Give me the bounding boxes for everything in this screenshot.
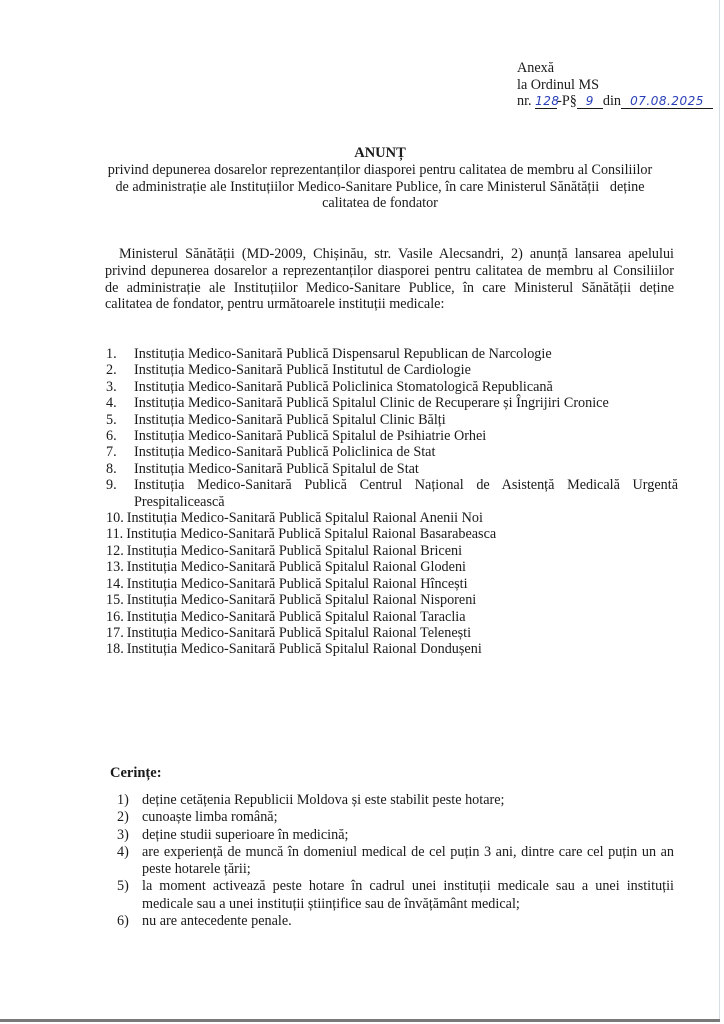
- requirement-item-number: 4): [117, 844, 142, 861]
- document-page: Anexă la Ordinul MS nr. 128-P§9din07.08.…: [0, 0, 724, 1024]
- requirement-item: 3)deține studii superioare în medicină;: [117, 827, 674, 844]
- institution-item-text: Instituția Medico-Sanitară Publică Spita…: [127, 625, 678, 641]
- requirement-item: 5)la moment activează peste hotare în ca…: [117, 878, 674, 913]
- requirements-heading: Cerințe:: [110, 765, 162, 782]
- institution-item-number: 14.: [106, 576, 124, 592]
- institution-item-text: Instituția Medico-Sanitară Publică Spita…: [127, 510, 678, 526]
- institution-item: 7.Instituția Medico-Sanitară Publică Pol…: [106, 444, 678, 460]
- annex-label: Anexă: [517, 60, 713, 77]
- institution-item-number: 16.: [106, 609, 124, 625]
- handwritten-ps-number: 9: [577, 94, 603, 109]
- announcement-subtitle-line-2: de administrație ale Instituțiilor Medic…: [100, 179, 660, 196]
- announcement-subtitle-line-3: calitatea de fondator: [100, 195, 660, 212]
- institution-item-text: Instituția Medico-Sanitară Publică Polic…: [134, 379, 678, 395]
- institution-item: 18.Instituția Medico-Sanitară Publică Sp…: [106, 641, 678, 657]
- institutions-list: 1.Instituția Medico-Sanitară Publică Dis…: [106, 346, 678, 658]
- institution-item-number: 15.: [106, 592, 124, 608]
- institution-item-text: Instituția Medico-Sanitară Publică Spita…: [127, 609, 678, 625]
- institution-item: 15.Instituția Medico-Sanitară Publică Sp…: [106, 592, 678, 608]
- institution-item: 16.Instituția Medico-Sanitară Publică Sp…: [106, 609, 678, 625]
- institution-item-number: 13.: [106, 559, 124, 575]
- nr-prefix: nr.: [517, 93, 532, 109]
- institution-item-number: 10.: [106, 510, 124, 526]
- institution-item-text: Instituția Medico-Sanitară Publică Spita…: [127, 559, 678, 575]
- institution-item: 13.Instituția Medico-Sanitară Publică Sp…: [106, 559, 678, 575]
- institution-item-number: 1.: [106, 346, 134, 362]
- institution-item-number: 5.: [106, 412, 134, 428]
- institution-item: 10.Instituția Medico-Sanitară Publică Sp…: [106, 510, 678, 526]
- institution-item-text: Instituția Medico-Sanitară Publică Insti…: [134, 362, 678, 378]
- institution-item-number: 9.: [106, 477, 134, 493]
- intro-paragraph: Ministerul Sănătății (MD-2009, Chișinău,…: [105, 246, 674, 313]
- requirement-item-number: 2): [117, 809, 142, 826]
- order-number-line: nr. 128-P§9din07.08.2025: [517, 93, 713, 110]
- institution-item: 3.Instituția Medico-Sanitară Publică Pol…: [106, 379, 678, 395]
- scan-right-edge: [719, 0, 720, 1020]
- institution-item-number: 8.: [106, 461, 134, 477]
- institution-item: 9.Instituția Medico-Sanitară Publică Cen…: [106, 477, 678, 510]
- institution-item-number: 2.: [106, 362, 134, 378]
- institution-item: 17.Instituția Medico-Sanitară Publică Sp…: [106, 625, 678, 641]
- institution-item: 11.Instituția Medico-Sanitară Publică Sp…: [106, 526, 678, 542]
- announcement-title: ANUNȚ: [100, 145, 660, 162]
- institution-item-number: 7.: [106, 444, 134, 460]
- din-label: din: [603, 93, 621, 109]
- institution-item-text: Instituția Medico-Sanitară Publică Spita…: [134, 395, 678, 411]
- requirements-list: 1)deține cetățenia Republicii Moldova și…: [117, 792, 674, 930]
- requirement-item: 2)cunoaște limba română;: [117, 809, 674, 826]
- order-label: la Ordinul MS: [517, 77, 713, 94]
- institution-item: 8.Instituția Medico-Sanitară Publică Spi…: [106, 461, 678, 477]
- requirement-item-text: nu are antecedente penale.: [142, 913, 674, 930]
- institution-item-text: Instituția Medico-Sanitară Publică Spita…: [127, 641, 678, 657]
- handwritten-date: 07.08.2025: [621, 94, 713, 109]
- institution-item-text: Instituția Medico-Sanitară Publică Spita…: [127, 576, 678, 592]
- institution-item-text: Instituția Medico-Sanitară Publică Spita…: [127, 592, 678, 608]
- institution-item: 6.Instituția Medico-Sanitară Publică Spi…: [106, 428, 678, 444]
- institution-item-number: 12.: [106, 543, 124, 559]
- scan-bottom-edge: [0, 1019, 720, 1022]
- institution-item: 1.Instituția Medico-Sanitară Publică Dis…: [106, 346, 678, 362]
- institution-item: 4.Instituția Medico-Sanitară Publică Spi…: [106, 395, 678, 411]
- requirement-item: 4)are experiență de muncă în domeniul me…: [117, 844, 674, 879]
- institution-item-text: Instituția Medico-Sanitară Publică Dispe…: [134, 346, 678, 362]
- institution-item-number: 3.: [106, 379, 134, 395]
- requirement-item-text: deține cetățenia Republicii Moldova și e…: [142, 792, 674, 809]
- institution-item-number: 11.: [106, 526, 123, 542]
- institution-item-text: Instituția Medico-Sanitară Publică Spita…: [126, 526, 678, 542]
- institution-item-text: Instituția Medico-Sanitară Publică Centr…: [134, 477, 678, 510]
- institution-item-text: Instituția Medico-Sanitară Publică Spita…: [127, 543, 678, 559]
- requirement-item-number: 6): [117, 913, 142, 930]
- institution-item-number: 17.: [106, 625, 124, 641]
- institution-item-number: 18.: [106, 641, 124, 657]
- institution-item-text: Instituția Medico-Sanitară Publică Polic…: [134, 444, 678, 460]
- requirement-item: 1)deține cetățenia Republicii Moldova și…: [117, 792, 674, 809]
- institution-item-number: 6.: [106, 428, 134, 444]
- announcement-header: ANUNȚ privind depunerea dosarelor reprez…: [100, 145, 660, 212]
- institution-item: 14.Instituția Medico-Sanitară Publică Sp…: [106, 576, 678, 592]
- institution-item-text: Instituția Medico-Sanitară Publică Spita…: [134, 412, 678, 428]
- requirement-item-number: 3): [117, 827, 142, 844]
- annex-reference: Anexă la Ordinul MS nr. 128-P§9din07.08.…: [517, 60, 713, 110]
- institution-item: 5.Instituția Medico-Sanitară Publică Spi…: [106, 412, 678, 428]
- ps-label: -P§: [557, 93, 577, 109]
- announcement-subtitle-line-1: privind depunerea dosarelor reprezentanț…: [100, 162, 660, 179]
- institution-item-text: Instituția Medico-Sanitară Publică Spita…: [134, 461, 678, 477]
- requirement-item-text: cunoaște limba română;: [142, 809, 674, 826]
- institution-item-text: Instituția Medico-Sanitară Publică Spita…: [134, 428, 678, 444]
- requirement-item-text: are experiență de muncă în domeniul medi…: [142, 844, 674, 879]
- requirement-item-number: 5): [117, 878, 142, 895]
- requirement-item-text: la moment activează peste hotare în cadr…: [142, 878, 674, 913]
- institution-item: 12.Instituția Medico-Sanitară Publică Sp…: [106, 543, 678, 559]
- institution-item-number: 4.: [106, 395, 134, 411]
- requirement-item-number: 1): [117, 792, 142, 809]
- requirement-item: 6)nu are antecedente penale.: [117, 913, 674, 930]
- requirement-item-text: deține studii superioare în medicină;: [142, 827, 674, 844]
- institution-item: 2.Instituția Medico-Sanitară Publică Ins…: [106, 362, 678, 378]
- handwritten-order-number: 128: [535, 94, 557, 109]
